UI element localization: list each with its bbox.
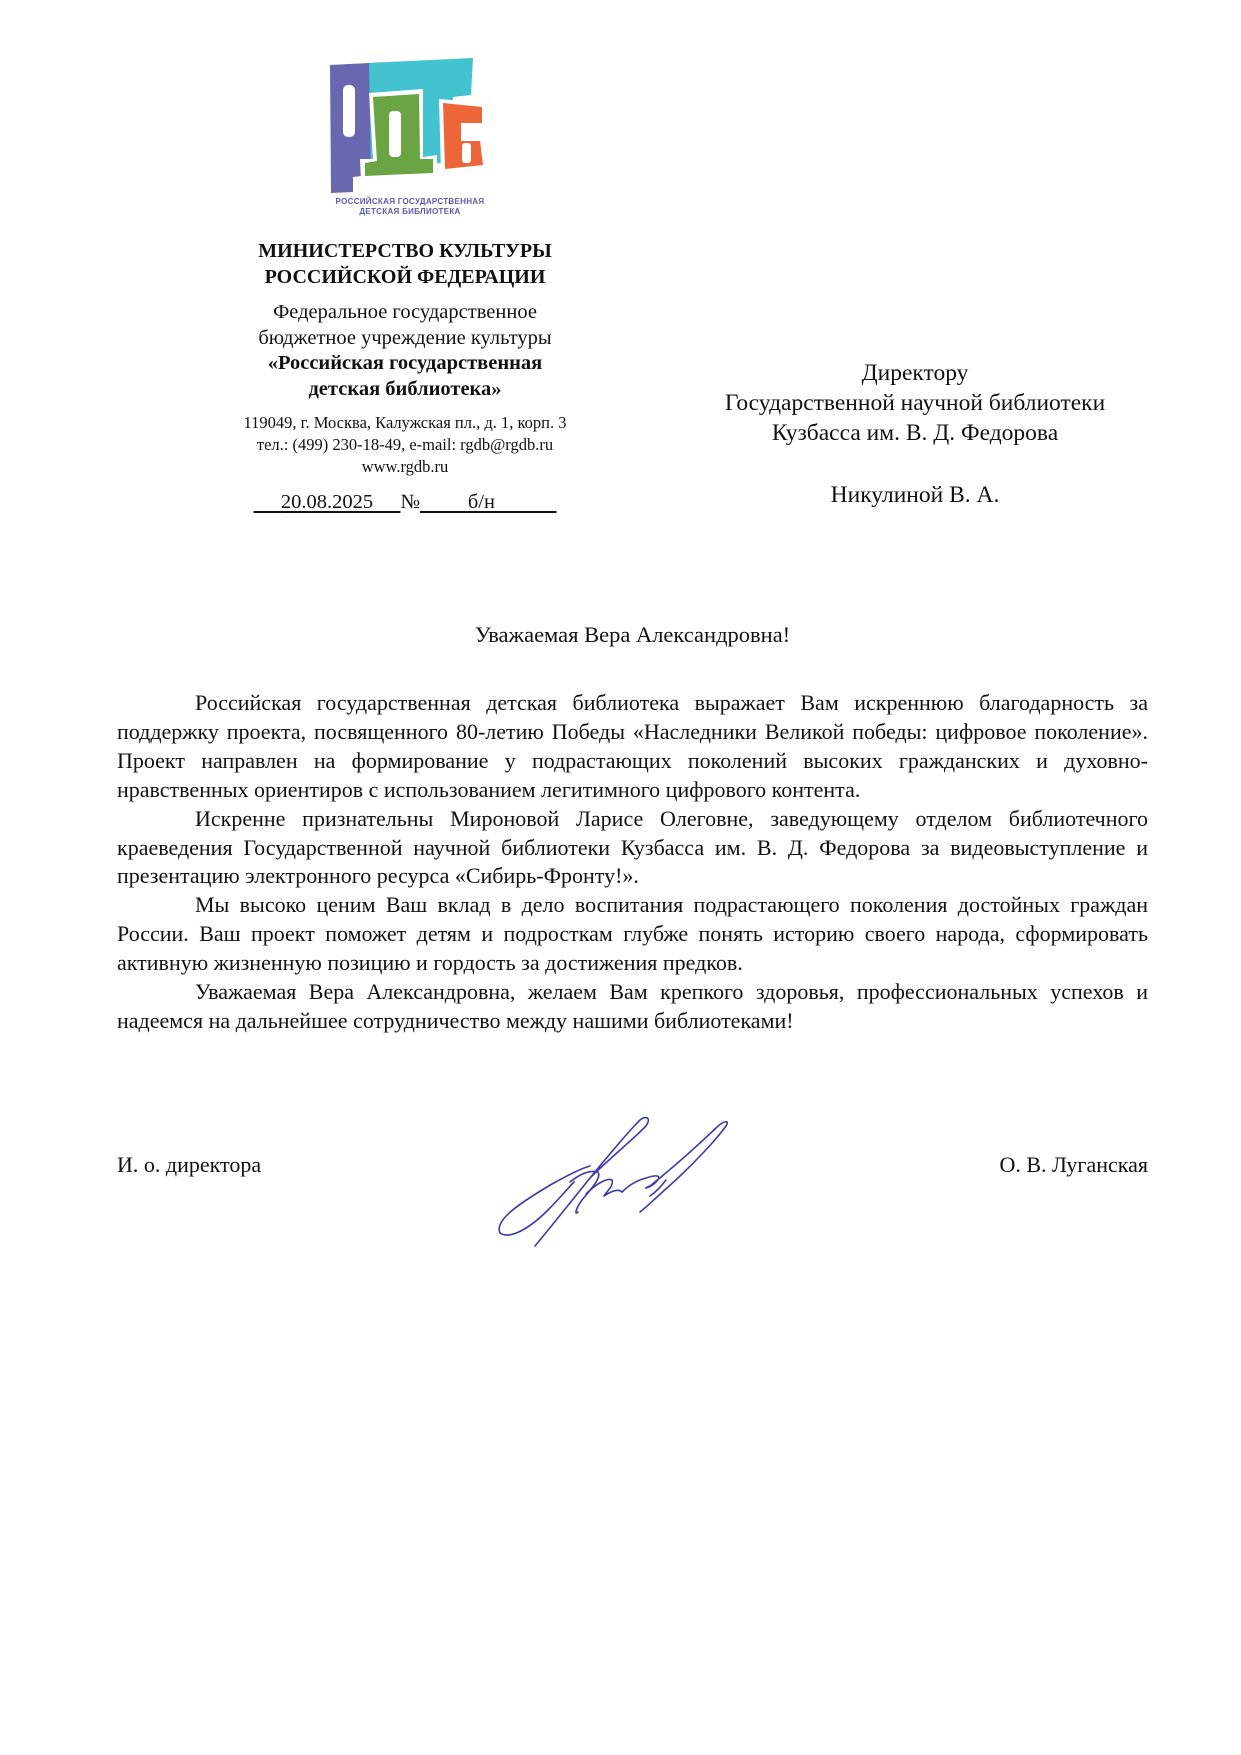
letter-number: б/н xyxy=(468,491,495,513)
phone-email: тел.: (499) 230-18-49, e-mail: rgdb@rgdb… xyxy=(205,434,605,456)
paragraph: Мы высоко ценим Ваш вклад в дело воспита… xyxy=(117,891,1148,978)
rgdb-logo: РОССИЙСКАЯ ГОСУДАРСТВЕННАЯ ДЕТСКАЯ БИБЛИ… xyxy=(325,55,495,220)
ministry-line-1: МИНИСТЕРСТВО КУЛЬТУРЫ xyxy=(205,238,605,264)
addressee-line-3: Кузбасса им. В. Д. Федорова xyxy=(690,418,1140,448)
number-label: № xyxy=(400,491,420,513)
paragraph: Российская государственная детская библи… xyxy=(117,689,1148,805)
org-line-2: бюджетное учреждение культуры xyxy=(205,326,605,352)
contact-info: 119049, г. Москва, Калужская пл., д. 1, … xyxy=(205,412,605,478)
logo-caption-line2: ДЕТСКАЯ БИБЛИОТЕКА xyxy=(325,207,495,216)
salutation: Уважаемая Вера Александровна! xyxy=(117,620,1148,649)
registration-line: 20.08.2025 № б/н xyxy=(205,490,605,514)
paragraph: Уважаемая Вера Александровна, желаем Вам… xyxy=(117,978,1148,1036)
addressee-line-1: Директору xyxy=(690,358,1140,388)
handwritten-signature-icon xyxy=(490,1108,760,1253)
ministry-line-2: РОССИЙСКОЙ ФЕДЕРАЦИИ xyxy=(205,264,605,290)
org-line-1: Федеральное государственное xyxy=(205,300,605,326)
signatory-name: О. В. Луганская xyxy=(1000,1150,1149,1179)
addressee-line-2: Государственной научной библиотеки xyxy=(690,388,1140,418)
paragraph: Искренне признательны Мироновой Ларисе О… xyxy=(117,805,1148,892)
logo-caption-line1: РОССИЙСКАЯ ГОСУДАРСТВЕННАЯ xyxy=(325,197,495,206)
org-line-3: «Российская государственная xyxy=(205,351,605,377)
signatory-role: И. о. директора xyxy=(117,1150,261,1179)
sender-block: МИНИСТЕРСТВО КУЛЬТУРЫ РОССИЙСКОЙ ФЕДЕРАЦ… xyxy=(205,238,605,514)
letter-body: Российская государственная детская библи… xyxy=(117,689,1148,1036)
addressee-name: Никулиной В. А. xyxy=(690,480,1140,510)
organization-name: Федеральное государственное бюджетное уч… xyxy=(205,300,605,402)
addressee-block: Директору Государственной научной библио… xyxy=(690,358,1140,510)
letter-date: 20.08.2025 xyxy=(281,491,373,513)
org-line-4: детская библиотека» xyxy=(205,377,605,403)
website: www.rgdb.ru xyxy=(205,456,605,478)
ministry-name: МИНИСТЕРСТВО КУЛЬТУРЫ РОССИЙСКОЙ ФЕДЕРАЦ… xyxy=(205,238,605,290)
logo-mark-icon xyxy=(325,55,495,195)
postal-address: 119049, г. Москва, Калужская пл., д. 1, … xyxy=(205,412,605,434)
